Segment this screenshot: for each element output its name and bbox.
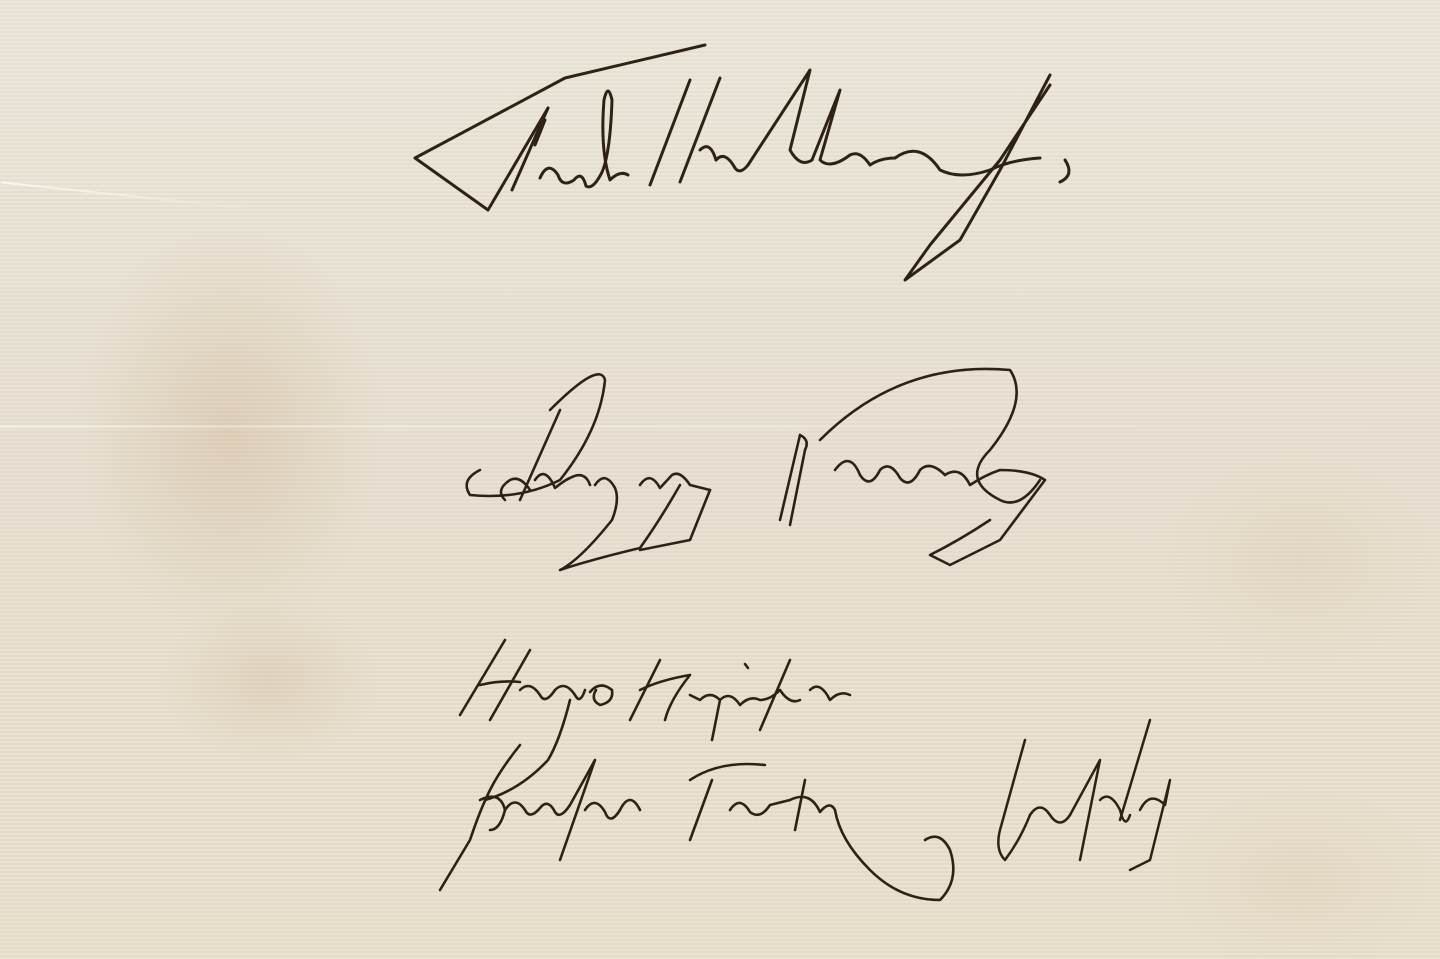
signature-joseph-tauk [440, 745, 953, 900]
signature-ferd-walloss [415, 45, 1069, 280]
signature-schragey-rolering [467, 369, 1045, 570]
signature-hugo-kieser [460, 640, 850, 800]
ink-strokes [0, 0, 1440, 959]
annotation-legleg [998, 720, 1170, 870]
aged-paper-document: Ferd Walloß Schragey Rolering Hugo Kiese… [0, 0, 1440, 959]
